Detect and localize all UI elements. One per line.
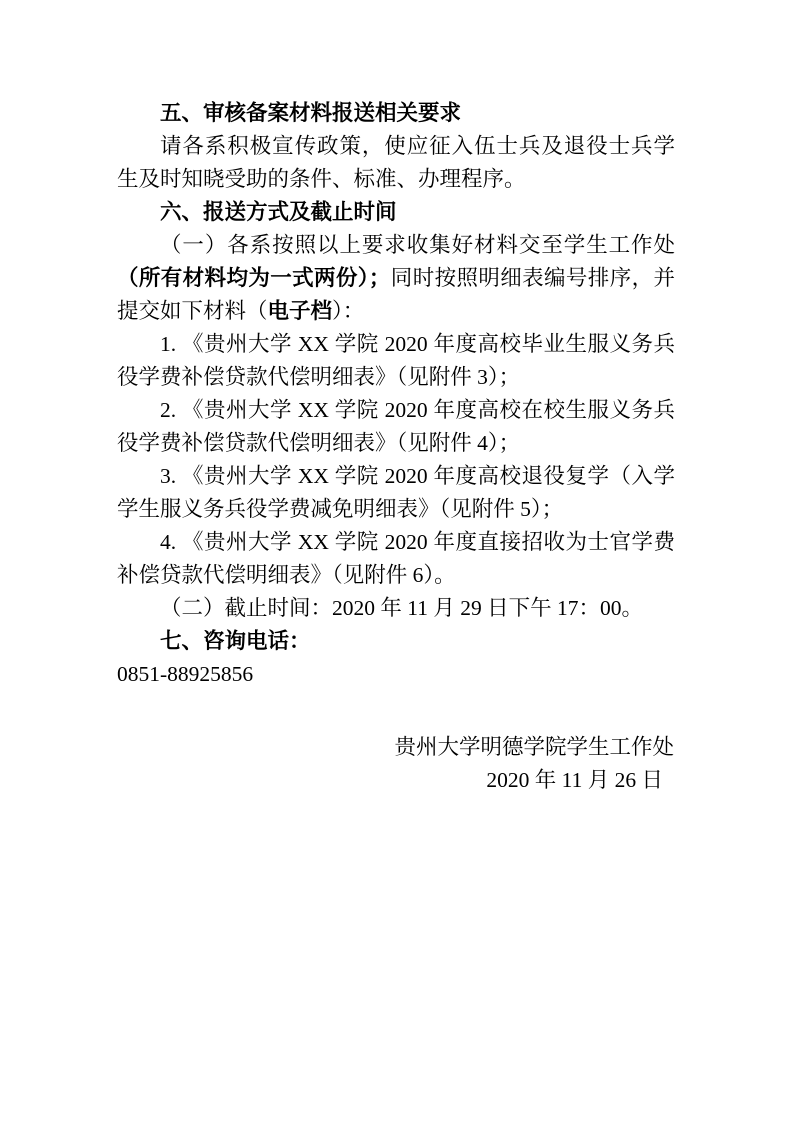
paragraph-submission-method: （一）各系按照以上要求收集好材料交至学生工作处（所有材料均为一式两份）；同时按照… bbox=[117, 229, 675, 328]
text-run: （一）各系按照以上要求收集好材料交至学生工作处 bbox=[160, 233, 675, 257]
text-run: 0851-88925856 bbox=[117, 662, 253, 686]
bold-text-run: （所有材料均为一式两份）； bbox=[117, 266, 390, 290]
signature-org: 贵州大学明德学院学生工作处 bbox=[117, 731, 675, 764]
section-heading-6: 六、报送方式及截止时间 bbox=[117, 196, 675, 229]
list-item-attachment-6: 4. 《贵州大学 XX 学院 2020 年度直接招收为士官学费补偿贷款代偿明细表… bbox=[117, 526, 675, 592]
section-heading-7: 七、咨询电话： bbox=[117, 625, 675, 658]
list-item-attachment-5: 3. 《贵州大学 XX 学院 2020 年度高校退役复学（入学学生服义务兵役学费… bbox=[117, 460, 675, 526]
list-item-attachment-3: 1. 《贵州大学 XX 学院 2020 年度高校毕业生服义务兵役学费补偿贷款代偿… bbox=[117, 328, 675, 394]
text-run: 请各系积极宣传政策，使应征入伍士兵及退役士兵学生及时知晓受助的条件、标准、办理程… bbox=[117, 134, 675, 191]
bold-text-run: 七、咨询电话： bbox=[160, 629, 311, 653]
text-run: ）： bbox=[332, 299, 364, 323]
section-heading-5: 五、审核备案材料报送相关要求 bbox=[117, 97, 675, 130]
paragraph-publicity: 请各系积极宣传政策，使应征入伍士兵及退役士兵学生及时知晓受助的条件、标准、办理程… bbox=[117, 130, 675, 196]
text-run: 4. 《贵州大学 XX 学院 2020 年度直接招收为士官学费补偿贷款代偿明细表… bbox=[117, 530, 675, 587]
bold-text-run: 电子档 bbox=[268, 299, 333, 323]
text-run: 3. 《贵州大学 XX 学院 2020 年度高校退役复学（入学学生服义务兵役学费… bbox=[117, 464, 675, 521]
document-page: 五、审核备案材料报送相关要求请各系积极宣传政策，使应征入伍士兵及退役士兵学生及时… bbox=[0, 0, 793, 1122]
paragraph-deadline: （二）截止时间：2020 年 11 月 29 日下午 17：00。 bbox=[117, 592, 675, 625]
paragraph-phone-number: 0851-88925856 bbox=[117, 658, 675, 691]
document-body: 五、审核备案材料报送相关要求请各系积极宣传政策，使应征入伍士兵及退役士兵学生及时… bbox=[0, 0, 793, 691]
signature-block: 贵州大学明德学院学生工作处 2020 年 11 月 26 日 bbox=[0, 731, 793, 797]
signature-date: 2020 年 11 月 26 日 bbox=[117, 764, 675, 797]
text-run: （二）截止时间：2020 年 11 月 29 日下午 17：00。 bbox=[160, 596, 643, 620]
list-item-attachment-4: 2. 《贵州大学 XX 学院 2020 年度高校在校生服义务兵役学费补偿贷款代偿… bbox=[117, 394, 675, 460]
bold-text-run: 六、报送方式及截止时间 bbox=[160, 200, 397, 224]
text-run: 2. 《贵州大学 XX 学院 2020 年度高校在校生服义务兵役学费补偿贷款代偿… bbox=[117, 398, 675, 455]
text-run: 1. 《贵州大学 XX 学院 2020 年度高校毕业生服义务兵役学费补偿贷款代偿… bbox=[117, 332, 675, 389]
bold-text-run: 五、审核备案材料报送相关要求 bbox=[160, 101, 461, 125]
